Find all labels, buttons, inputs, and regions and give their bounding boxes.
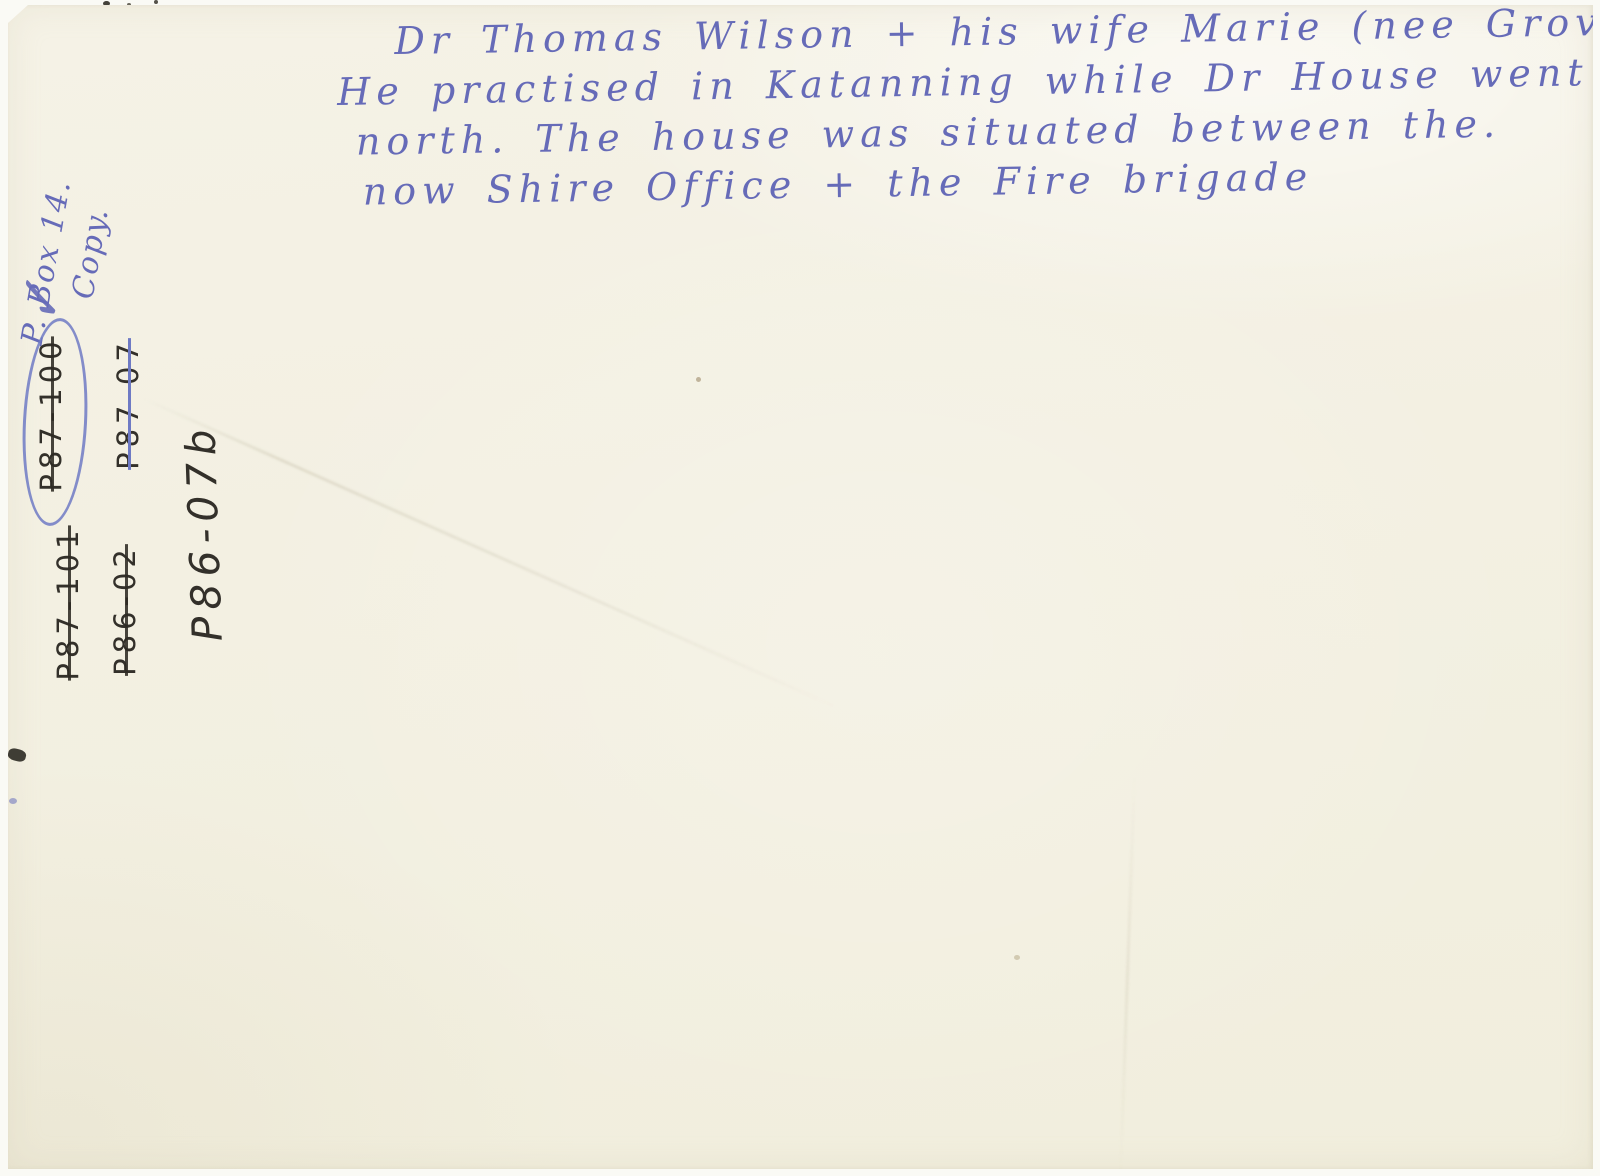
- photo-back-paper: Dr Thomas Wilson + his wife Marie (nee G…: [8, 5, 1593, 1169]
- dust-speck: [154, 0, 158, 4]
- paper-stain-dot: [1014, 955, 1020, 960]
- accession-code-crossed: P87-07: [111, 324, 145, 484]
- paper-stain-dot: [696, 377, 701, 382]
- paper-crease: [142, 397, 838, 709]
- scanned-photo-back: Dr Thomas Wilson + his wife Marie (nee G…: [0, 0, 1600, 1176]
- accession-code-crossed: P86-02: [108, 530, 142, 690]
- paper-crease: [1119, 775, 1136, 1175]
- accession-code-crossed-circled: P87-100: [34, 314, 68, 514]
- handwritten-caption: Dr Thomas Wilson + his wife Marie (nee G…: [334, 0, 1600, 217]
- accession-code-crossed: P87-101: [51, 518, 85, 688]
- edge-ink-mark: [7, 747, 27, 763]
- blue-ink-speck: [9, 798, 17, 804]
- box-copy-label: P. Box 14. Copy.: [12, 105, 136, 356]
